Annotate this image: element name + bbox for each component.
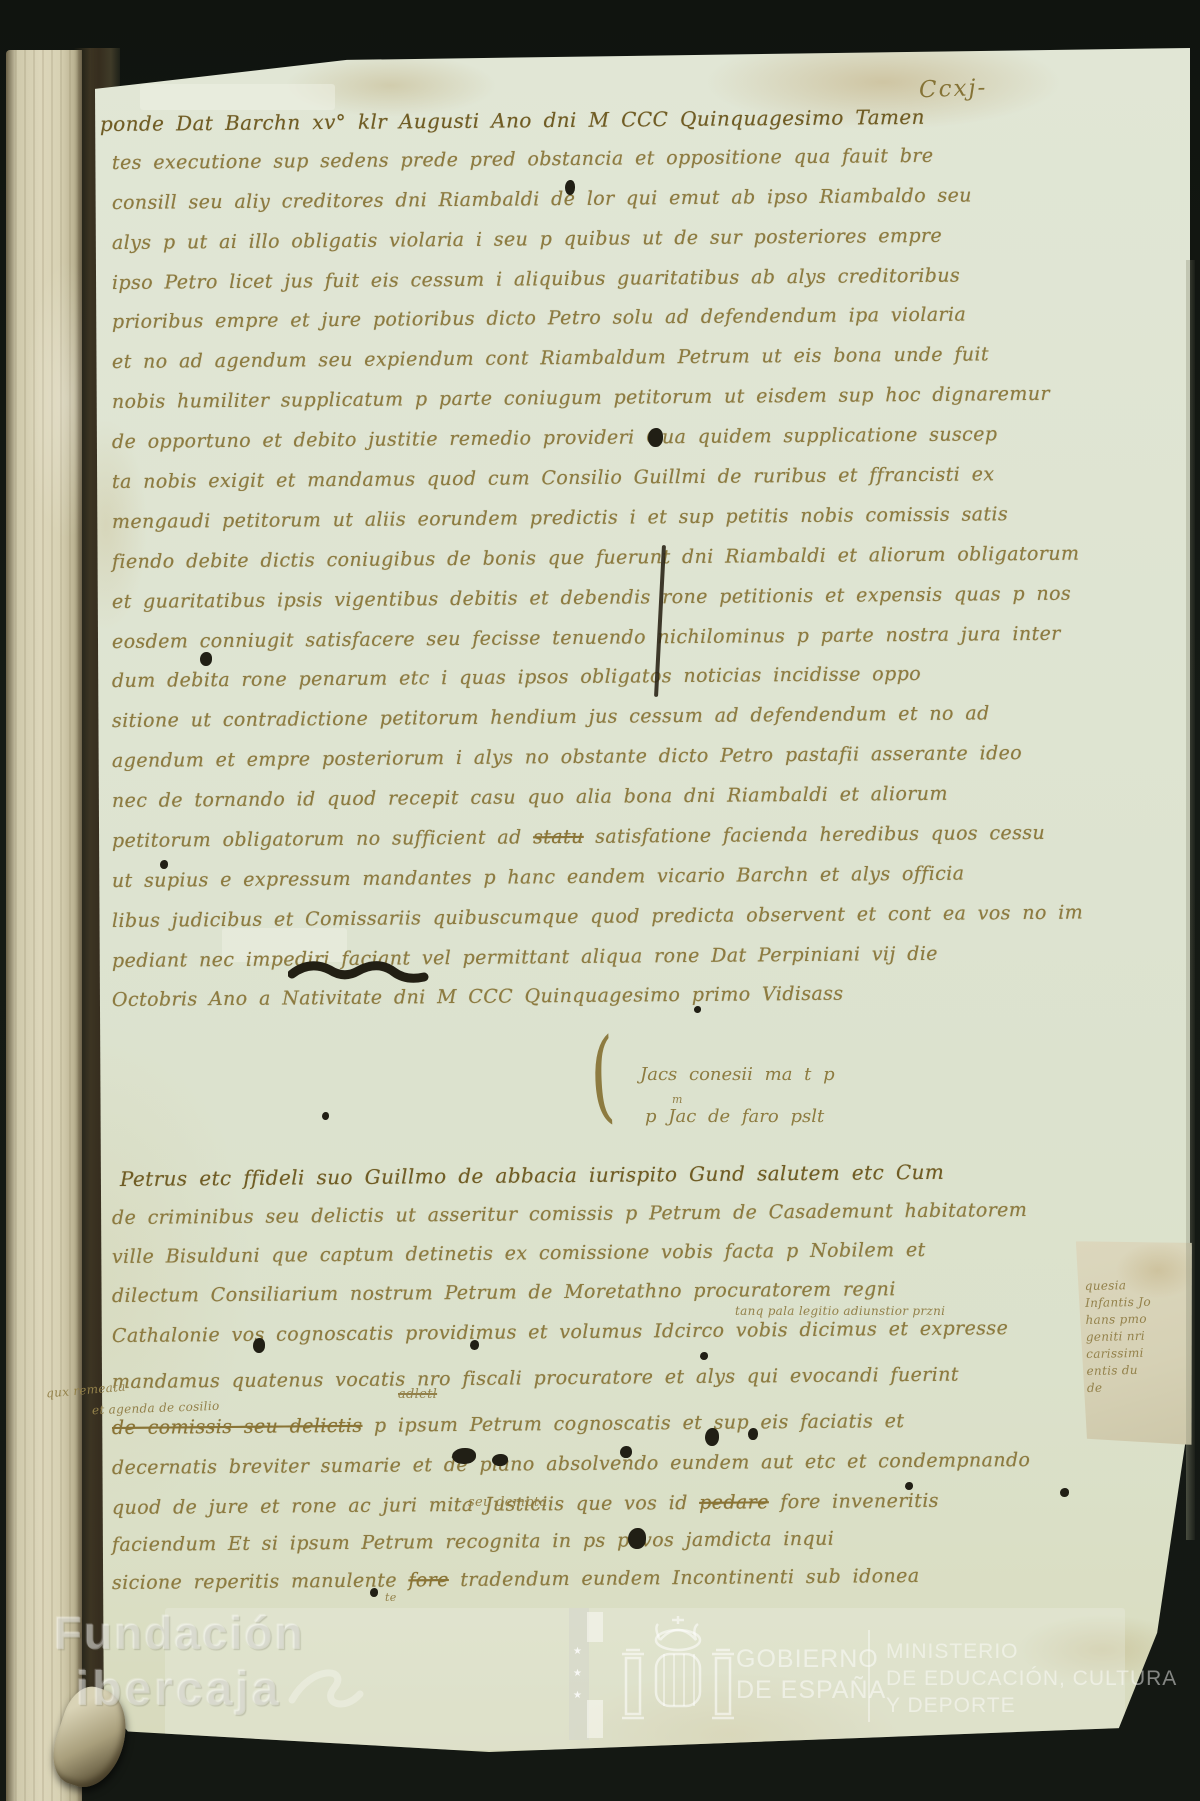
manuscript-line: decernatis breviter sumarie et de plano …: [112, 1450, 1031, 1479]
slip-note-line: de: [1087, 1379, 1195, 1396]
folio-number: Ccxj-: [919, 77, 988, 102]
manuscript-line: mengaudi petitorum ut aliis eorundem pre…: [112, 504, 1008, 533]
ink-blot: [200, 652, 212, 666]
manuscript-line: dilectum Consiliarium nostrum Petrum de …: [112, 1279, 896, 1307]
struck-word: statu: [533, 826, 584, 848]
star-icon: ★: [573, 1690, 582, 1701]
signature-brace: (: [588, 1025, 616, 1127]
ibercaja-swash: [286, 1658, 366, 1722]
manuscript-line: sitione ut contradictione petitorum hend…: [112, 703, 990, 732]
manuscript-line: petitorum obligatorum no sufficient ad s…: [112, 823, 1045, 852]
manuscript-line: alys p ut ai illo obligatis violaria i s…: [112, 226, 942, 254]
ministerio-line2: DE EDUCACIÓN, CULTURA: [886, 1665, 1177, 1692]
interlinear-insertion: te: [385, 1592, 397, 1603]
stars-bar-notch: [587, 1612, 603, 1642]
line-part: quod de jure et rone ac juri mita Justic…: [112, 1492, 688, 1519]
line-part: petitorum obligatorum no sufficient ad: [112, 826, 522, 852]
star-icon: ★: [573, 1668, 582, 1679]
manuscript-line: tes executione sup sedens prede pred obs…: [112, 146, 934, 174]
star-icon: ★: [573, 1646, 582, 1657]
signature-line: p Jac de faro pslt: [645, 1108, 824, 1126]
manuscript-line: de criminibus seu delictis ut asseritur …: [112, 1200, 1027, 1229]
slip-note-line: entis du: [1086, 1362, 1194, 1379]
struck-word: pedare: [699, 1491, 769, 1514]
manuscript-line: nec de tornando id quod recepit casu quo…: [112, 784, 948, 812]
stars-bar-notch: [587, 1700, 603, 1738]
ink-blot: [322, 1112, 329, 1120]
ibercaja-watermark-line2: ibercaja: [76, 1662, 281, 1717]
manuscript-line: fiendo debite dictis coniugibus de bonis…: [112, 544, 1080, 573]
manuscript-line: consill seu aliy creditores dni Riambald…: [112, 185, 972, 213]
slip-note-line: geniti nri: [1086, 1328, 1194, 1345]
interlinear-insertion: tanq pala legitio adiunstior przni: [735, 1305, 945, 1317]
manuscript-line: et no ad agendum seu expiendum cont Riam…: [112, 344, 989, 373]
slip-note: quesia Infantis Jo hans pmo geniti nri c…: [1076, 1239, 1195, 1396]
manuscript-line: quod de jure et rone ac juri mita Justic…: [112, 1491, 939, 1519]
manuscript-line: prioribus empre et jure potioribus dicto…: [112, 305, 966, 333]
manuscript-line: ta nobis exigit et mandamus quod cum Con…: [112, 464, 995, 493]
manuscript-line: faciendum Et si ipsum Petrum recognita i…: [112, 1529, 834, 1556]
page-block-edge: [1186, 260, 1195, 1540]
manuscript-line: de comissis seu delictis p ipsum Petrum …: [112, 1411, 905, 1439]
manuscript-line: eosdem conniugit satisfacere seu fecisse…: [112, 624, 1061, 653]
repair-patch: [140, 84, 335, 110]
spain-coat-of-arms-icon: [612, 1610, 744, 1746]
gobierno-watermark: GOBIERNO DE ESPAÑA: [736, 1644, 886, 1706]
line-part: p ipsum Petrum cognoscatis et sup eis fa…: [374, 1410, 905, 1437]
manuscript-line: nobis humiliter supplicatum p parte coni…: [112, 384, 1050, 413]
ink-blot: [705, 1428, 719, 1446]
manuscript-line: et guaritatibus ipsis vigentibus debitis…: [112, 584, 1071, 613]
manuscript-line: Cathalonie vos cognoscatis providimus et…: [112, 1318, 1008, 1347]
manuscript-line: Petrus etc ffideli suo Guillmo de abbaci…: [120, 1161, 944, 1190]
manuscript-line: ipso Petro licet jus fuit eis cessum i a…: [112, 266, 960, 294]
manuscript-line: de opportuno et debito justitie remedio …: [112, 424, 998, 453]
ibercaja-watermark-line1: Fundación: [54, 1606, 305, 1660]
slip-note-line: Infantis Jo: [1085, 1294, 1193, 1311]
ink-blot: [370, 1588, 378, 1597]
watermark-divider: [868, 1630, 870, 1722]
line-part: tradendum eundem Incontinenti sub idonea: [460, 1565, 919, 1591]
ink-blot: [905, 1482, 913, 1490]
ink-blot: [628, 1528, 646, 1549]
ink-blot: [648, 428, 663, 447]
ink-blot: [160, 860, 168, 869]
signature-line: Jacs conesii ma t p: [640, 1066, 835, 1084]
line-part: sicione reperitis manulente: [112, 1570, 397, 1594]
slip-note-line: hans pmo: [1085, 1311, 1193, 1328]
facing-page-edge: [6, 50, 82, 1801]
ink-blot: [694, 1006, 701, 1013]
slip-note-line: quesia: [1085, 1277, 1193, 1294]
gobierno-line2: DE ESPAÑA: [736, 1675, 886, 1706]
line-part: satisfatione facienda heredibus quos ces…: [595, 822, 1045, 848]
photo-stage: Ccxj- ponde Dat Barchn xv° klr Augusti A…: [0, 0, 1200, 1801]
manuscript-line: sicione reperitis manulente fore tradend…: [112, 1566, 920, 1594]
ink-blot: [620, 1446, 632, 1458]
manuscript-line: ut supius e expressum mandantes p hanc e…: [112, 864, 965, 892]
signature-superscript: m: [672, 1094, 683, 1105]
manuscript-line: ville Bisulduni que captum detinetis ex …: [112, 1240, 926, 1268]
ink-blot: [253, 1338, 265, 1353]
struck-word: fore: [408, 1569, 449, 1591]
ink-blot: [565, 180, 575, 195]
manuscript-line: mandamus quatenus vocatis nro fiscali pr…: [112, 1365, 959, 1393]
manuscript-line: Octobris Ano a Nativitate dni M CCC Quin…: [112, 984, 844, 1011]
paper-slip: quesia Infantis Jo hans pmo geniti nri c…: [1076, 1239, 1196, 1447]
line-part: fore inveneritis: [780, 1490, 939, 1513]
ink-blot: [452, 1448, 476, 1464]
ink-blot: [748, 1428, 758, 1440]
manuscript-line: agendum et empre posteriorum i alys no o…: [112, 743, 1022, 772]
ministerio-line1: MINISTERIO: [886, 1638, 1177, 1665]
gobierno-line1: GOBIERNO: [736, 1644, 886, 1675]
manuscript-line: dum debita rone penarum etc i quas ipsos…: [112, 664, 921, 692]
ink-squiggle: [288, 952, 438, 984]
manuscript-line: ponde Dat Barchn xv° klr Augusti Ano dni…: [100, 106, 925, 135]
slip-note-line: carissimi: [1086, 1345, 1194, 1362]
ink-blot: [492, 1454, 508, 1466]
ministerio-line3: Y DEPORTE: [886, 1692, 1177, 1719]
ink-blot: [700, 1352, 708, 1360]
ink-blot: [1060, 1488, 1069, 1497]
manuscript-page: Ccxj- ponde Dat Barchn xv° klr Augusti A…: [95, 48, 1190, 1752]
manuscript-line: pediant nec impediri faciant vel permitt…: [112, 944, 938, 972]
struck-phrase: de comissis seu delictis: [112, 1415, 363, 1439]
ministerio-watermark: MINISTERIO DE EDUCACIÓN, CULTURA Y DEPOR…: [886, 1638, 1177, 1719]
ink-blot: [470, 1340, 479, 1350]
manuscript-line: libus judicibus et Comissariis quibuscum…: [112, 903, 1083, 932]
